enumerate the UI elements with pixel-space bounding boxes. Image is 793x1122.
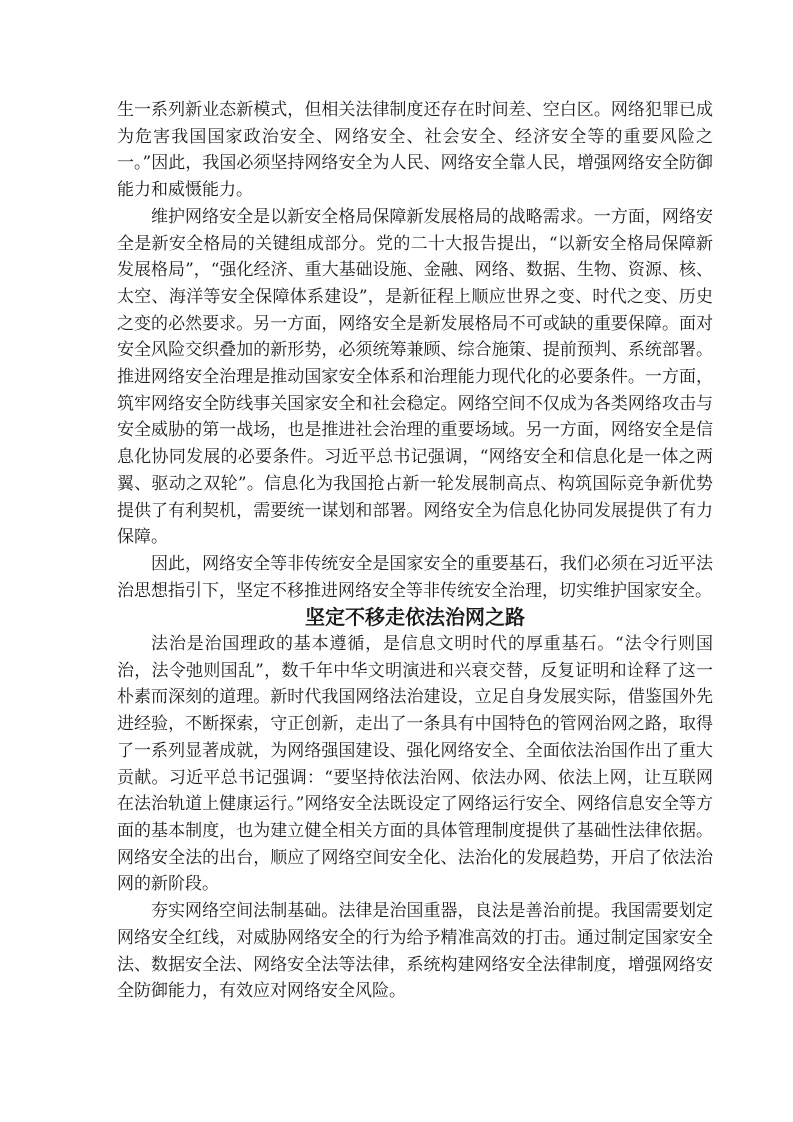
section-heading: 坚定不移走依法治网之路 [117, 604, 713, 631]
body-paragraph: 因此，网络安全等非传统安全是国家安全的重要基石，我们必须在习近平法治思想指引下，… [117, 551, 713, 604]
body-paragraph-continuation: 生一系列新业态新模式，但相关法律制度还存在时间差、空白区。网络犯罪已成为危害我国… [117, 97, 713, 204]
document-page: 生一系列新业态新模式，但相关法律制度还存在时间差、空白区。网络犯罪已成为危害我国… [0, 0, 793, 1122]
body-paragraph: 夯实网络空间法制基础。法律是治国重器，良法是善治前提。我国需要划定网络安全红线，… [117, 898, 713, 1005]
body-paragraph: 维护网络安全是以新安全格局保障新发展格局的战略需求。一方面，网络安全是新安全格局… [117, 204, 713, 551]
body-paragraph: 法治是治国理政的基本遵循，是信息文明时代的厚重基石。“法令行则国治，法令弛则国乱… [117, 631, 713, 898]
